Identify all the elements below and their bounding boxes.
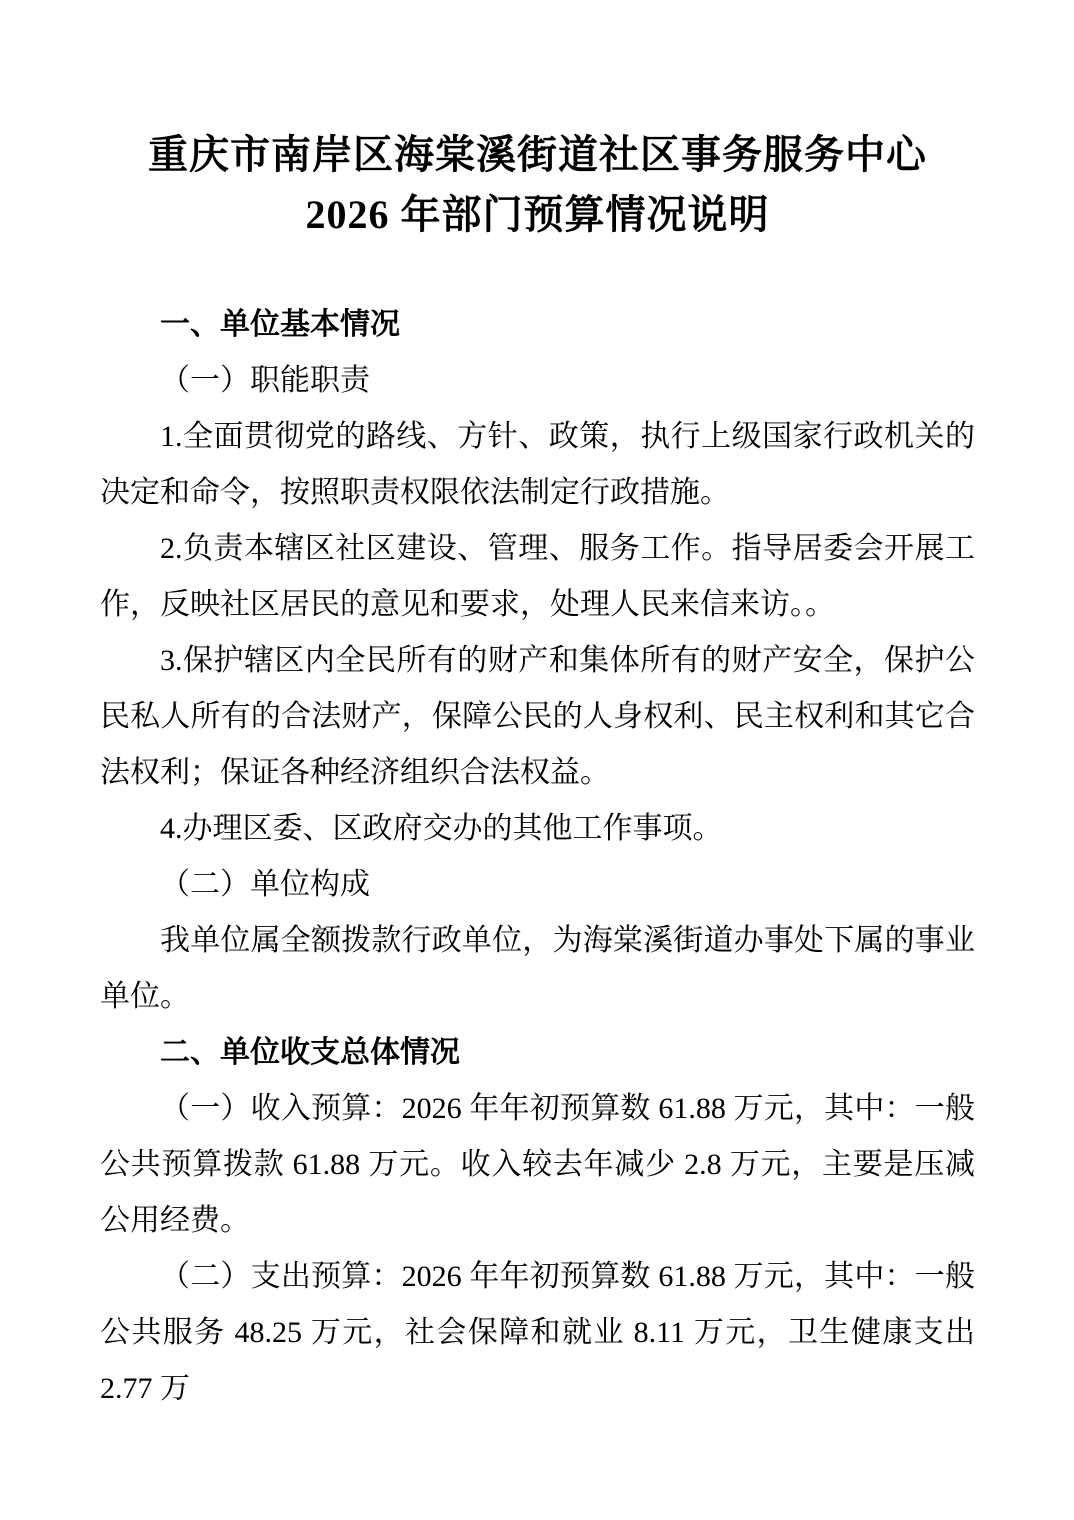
section-1-heading: 一、单位基本情况 (100, 297, 975, 353)
para-unit-composition: 我单位属全额拨款行政单位，为海棠溪街道办事处下属的事业单位。 (100, 913, 975, 1025)
para-duty-4: 4.办理区委、区政府交办的其他工作事项。 (100, 801, 975, 857)
section-2-heading: 二、单位收支总体情况 (100, 1025, 975, 1081)
subsection-1-1-heading: （一）职能职责 (100, 353, 975, 409)
document-title: 重庆市南岸区海棠溪街道社区事务服务中心 2026 年部门预算情况说明 (100, 125, 975, 245)
para-expenditure-budget: （二）支出预算：2026 年年初预算数 61.88 万元，其中：一般公共服务 4… (100, 1249, 975, 1417)
para-duty-1: 1.全面贯彻党的路线、方针、政策，执行上级国家行政机关的决定和命令，按照职责权限… (100, 409, 975, 521)
document-page: 重庆市南岸区海棠溪街道社区事务服务中心 2026 年部门预算情况说明 一、单位基… (0, 0, 1074, 1520)
para-income-budget: （一）收入预算：2026 年年初预算数 61.88 万元，其中：一般公共预算拨款… (100, 1081, 975, 1249)
title-line-1: 重庆市南岸区海棠溪街道社区事务服务中心 (100, 125, 975, 185)
title-line-2: 2026 年部门预算情况说明 (100, 185, 975, 245)
para-duty-2: 2.负责本辖区社区建设、管理、服务工作。指导居委会开展工作，反映社区居民的意见和… (100, 521, 975, 633)
subsection-1-2-heading: （二）单位构成 (100, 857, 975, 913)
para-duty-3: 3.保护辖区内全民所有的财产和集体所有的财产安全，保护公民私人所有的合法财产，保… (100, 633, 975, 801)
